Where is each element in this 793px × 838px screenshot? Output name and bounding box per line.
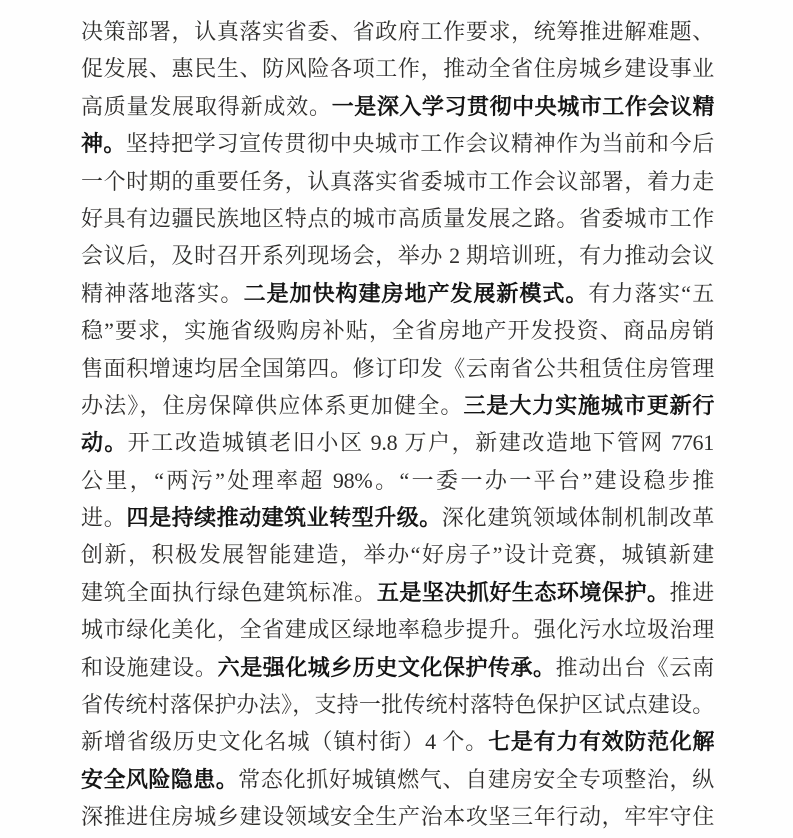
text-line: 公里，“两污”处理率超 98%。“一委一办一平台”建设稳步推 — [81, 462, 714, 499]
text-line: 稳”要求，实施省级购房补贴，全省房地产开发投资、商品房销 — [81, 312, 714, 349]
text-line: 精神落地落实。二是加快构建房地产发展新模式。有力落实“五 — [81, 275, 714, 312]
text-segment: 坚持把学习宣传贯彻中央城市工作会议精神作为当前和今后 — [126, 131, 714, 156]
document-page: { "page": { "background": "#fefefe", "bo… — [0, 0, 793, 838]
text-segment: 一个时期的重要任务，认真落实省委城市工作会议部署，着力走 — [81, 169, 714, 194]
text-line: 神。坚持把学习宣传贯彻中央城市工作会议精神作为当前和今后 — [81, 125, 714, 162]
text-line: 会议后，及时召开系列现场会，举办 2 期培训班，有力推动会议 — [81, 237, 714, 274]
bold-heading-segment: 动。 — [81, 430, 128, 455]
text-segment: 推进 — [669, 580, 714, 605]
text-line: 进。四是持续推动建筑业转型升级。深化建筑领域体制机制改革 — [81, 499, 714, 536]
bold-heading-segment: 七是有力有效防范化解 — [488, 729, 714, 754]
bold-heading-segment: 安全风险隐患。 — [81, 767, 238, 792]
text-line: 办法》，住房保障供应体系更加健全。三是大力实施城市更新行 — [81, 387, 714, 424]
text-segment: 促发展、惠民生、防风险各项工作，推动全省住房城乡建设事业 — [81, 56, 714, 81]
text-segment: 城市绿化美化，全省建成区绿地率稳步提升。强化污水垃圾治理 — [81, 617, 714, 642]
text-segment: 推动出台《云南 — [556, 655, 714, 680]
text-line: 好具有边疆民族地区特点的城市高质量发展之路。省委城市工作 — [81, 200, 714, 237]
bold-heading-segment: 神。 — [81, 131, 126, 156]
text-line: 创新，积极发展智能建造，举办“好房子”设计竞赛，城镇新建 — [81, 536, 714, 573]
text-line: 省传统村落保护办法》，支持一批传统村落特色保护区试点建设。 — [81, 686, 714, 723]
text-line: 深推进住房城乡建设领域安全生产治本攻坚三年行动，牢牢守住 — [81, 798, 714, 835]
text-segment: 进。 — [81, 505, 127, 530]
text-block: 决策部署，认真落实省委、省政府工作要求，统筹推进解难题、促发展、惠民生、防风险各… — [81, 13, 714, 836]
text-segment: 稳”要求，实施省级购房补贴，全省房地产开发投资、商品房销 — [81, 318, 714, 343]
text-segment: 开工改造城镇老旧小区 9.8 万户，新建改造地下管网 7761 — [128, 430, 714, 455]
scanned-document: 决策部署，认真落实省委、省政府工作要求，统筹推进解难题、促发展、惠民生、防风险各… — [0, 0, 793, 838]
text-segment: 深化建筑领域体制机制改革 — [442, 505, 714, 530]
text-line: 新增省级历史文化名城（镇村街）4 个。七是有力有效防范化解 — [81, 723, 714, 760]
text-segment: 好具有边疆民族地区特点的城市高质量发展之路。省委城市工作 — [81, 206, 714, 231]
text-segment: 常态化抓好城镇燃气、自建房安全专项整治，纵 — [238, 767, 714, 792]
text-segment: 售面积增速均居全国第四。修订印发《云南省公共租赁住房管理 — [81, 356, 714, 381]
text-segment: 公里，“两污”处理率超 98%。“一委一办一平台”建设稳步推 — [81, 468, 714, 493]
text-line: 一个时期的重要任务，认真落实省委城市工作会议部署，着力走 — [81, 163, 714, 200]
bold-heading-segment: 三是大力实施城市更新行 — [464, 393, 714, 418]
text-line: 促发展、惠民生、防风险各项工作，推动全省住房城乡建设事业 — [81, 50, 714, 87]
text-segment: 省传统村落保护办法》，支持一批传统村落特色保护区试点建设。 — [81, 692, 714, 717]
text-line: 建筑全面执行绿色建筑标准。五是坚决抓好生态环境保护。推进 — [81, 574, 714, 611]
text-segment: 精神落地落实。 — [81, 281, 244, 306]
text-segment: 会议后，及时召开系列现场会，举办 2 期培训班，有力推动会议 — [81, 243, 714, 268]
text-segment: 有力落实“五 — [588, 281, 714, 306]
text-line: 售面积增速均居全国第四。修订印发《云南省公共租赁住房管理 — [81, 350, 714, 387]
text-segment: 创新，积极发展智能建造，举办“好房子”设计竞赛，城镇新建 — [81, 542, 714, 567]
bold-heading-segment: 一是深入学习贯彻中央城市工作会议精 — [332, 94, 714, 119]
text-line: 高质量发展取得新成效。一是深入学习贯彻中央城市工作会议精 — [81, 88, 714, 125]
bold-heading-segment: 五是坚决抓好生态环境保护。 — [377, 580, 670, 605]
bold-heading-segment: 四是持续推动建筑业转型升级。 — [127, 505, 442, 530]
text-line: 安全风险隐患。常态化抓好城镇燃气、自建房安全专项整治，纵 — [81, 761, 714, 798]
text-segment: 高质量发展取得新成效。 — [81, 94, 332, 119]
text-line: 城市绿化美化，全省建成区绿地率稳步提升。强化污水垃圾治理 — [81, 611, 714, 648]
text-segment: 深推进住房城乡建设领域安全生产治本攻坚三年行动，牢牢守住 — [81, 804, 714, 829]
text-line: 决策部署，认真落实省委、省政府工作要求，统筹推进解难题、 — [81, 13, 714, 50]
text-segment: 建筑全面执行绿色建筑标准。 — [81, 580, 377, 605]
text-line: 动。开工改造城镇老旧小区 9.8 万户，新建改造地下管网 7761 — [81, 424, 714, 461]
bold-heading-segment: 六是强化城乡历史文化保护传承。 — [218, 655, 556, 680]
text-segment: 办法》，住房保障供应体系更加健全。 — [81, 393, 464, 418]
text-segment: 和设施建设。 — [81, 655, 218, 680]
text-segment: 决策部署，认真落实省委、省政府工作要求，统筹推进解难题、 — [81, 19, 714, 44]
bold-heading-segment: 二是加快构建房地产发展新模式。 — [244, 281, 589, 306]
text-line: 和设施建设。六是强化城乡历史文化保护传承。推动出台《云南 — [81, 649, 714, 686]
text-segment: 新增省级历史文化名城（镇村街）4 个。 — [81, 729, 488, 754]
